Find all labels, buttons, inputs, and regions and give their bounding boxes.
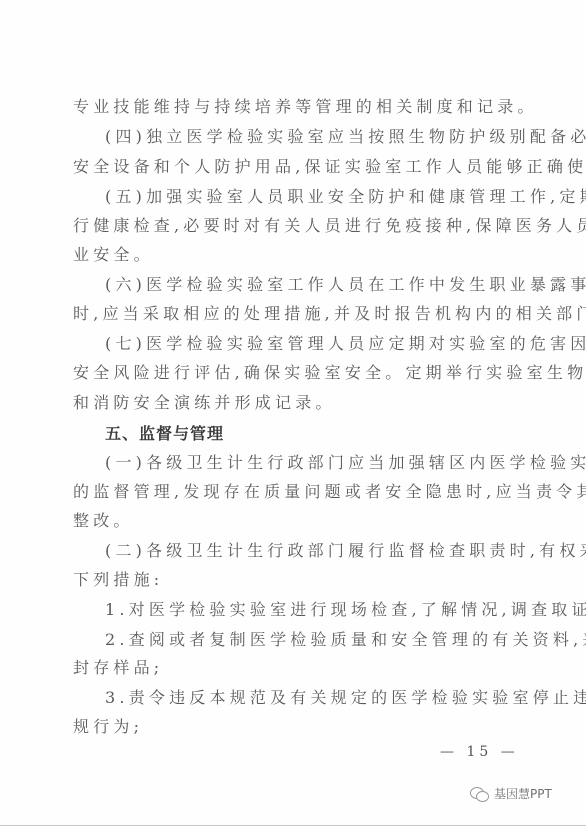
text-line: (六)医学检验实验室工作人员在工作中发生职业暴露事件 xyxy=(105,270,513,300)
text-line: 1.对医学检验实验室进行现场检查,了解情况,调查取证; xyxy=(105,595,513,625)
text-line: 3.责令违反本规范及有关规定的医学检验实验室停止违法违 xyxy=(105,683,513,713)
text-line: 封存样品; xyxy=(73,653,513,683)
wechat-icon xyxy=(470,786,490,802)
text-line: 2.查阅或者复制医学检验质量和安全管理的有关资料,采集、 xyxy=(105,625,513,655)
text-line: (二)各级卫生计生行政部门履行监督检查职责时,有权采取 xyxy=(105,536,513,566)
divider xyxy=(0,825,586,826)
text-line: 行健康检查,必要时对有关人员进行免疫接种,保障医务人员的职 xyxy=(73,211,513,241)
text-line: 时,应当采取相应的处理措施,并及时报告机构内的相关部门。 xyxy=(73,299,513,329)
text-line: (一)各级卫生计生行政部门应当加强辖区内医学检验实验室 xyxy=(105,448,513,478)
watermark: 基因慧PPT xyxy=(470,785,552,802)
text-line: 下列措施: xyxy=(73,565,513,595)
watermark-text: 基因慧PPT xyxy=(494,785,552,802)
text-line: 专业技能维持与持续培养等管理的相关制度和记录。 xyxy=(73,92,513,122)
text-line: (七)医学检验实验室管理人员应定期对实验室的危害因子和 xyxy=(105,329,513,359)
document-page: 专业技能维持与持续培养等管理的相关制度和记录。 (四)独立医学检验实验室应当按照… xyxy=(0,0,586,833)
text-line: 和消防安全演练并形成记录。 xyxy=(73,388,513,418)
text-line: 安全设备和个人防护用品,保证实验室工作人员能够正确使用。 xyxy=(73,152,513,182)
page-number: — 15 — xyxy=(440,744,519,760)
text-line: 安全风险进行评估,确保实验室安全。定期举行实验室生物安全 xyxy=(73,358,513,388)
text-line: 的监督管理,发现存在质量问题或者安全隐患时,应当责令其立即 xyxy=(73,477,513,507)
text-line: (四)独立医学检验实验室应当按照生物防护级别配备必要的 xyxy=(105,122,513,152)
text-line: 整改。 xyxy=(73,506,513,536)
text-line: 业安全。 xyxy=(73,240,513,270)
text-line: (五)加强实验室人员职业安全防护和健康管理工作,定期进 xyxy=(105,182,513,212)
section-heading: 五、监督与管理 xyxy=(105,419,224,449)
text-line: 规行为; xyxy=(73,712,513,742)
